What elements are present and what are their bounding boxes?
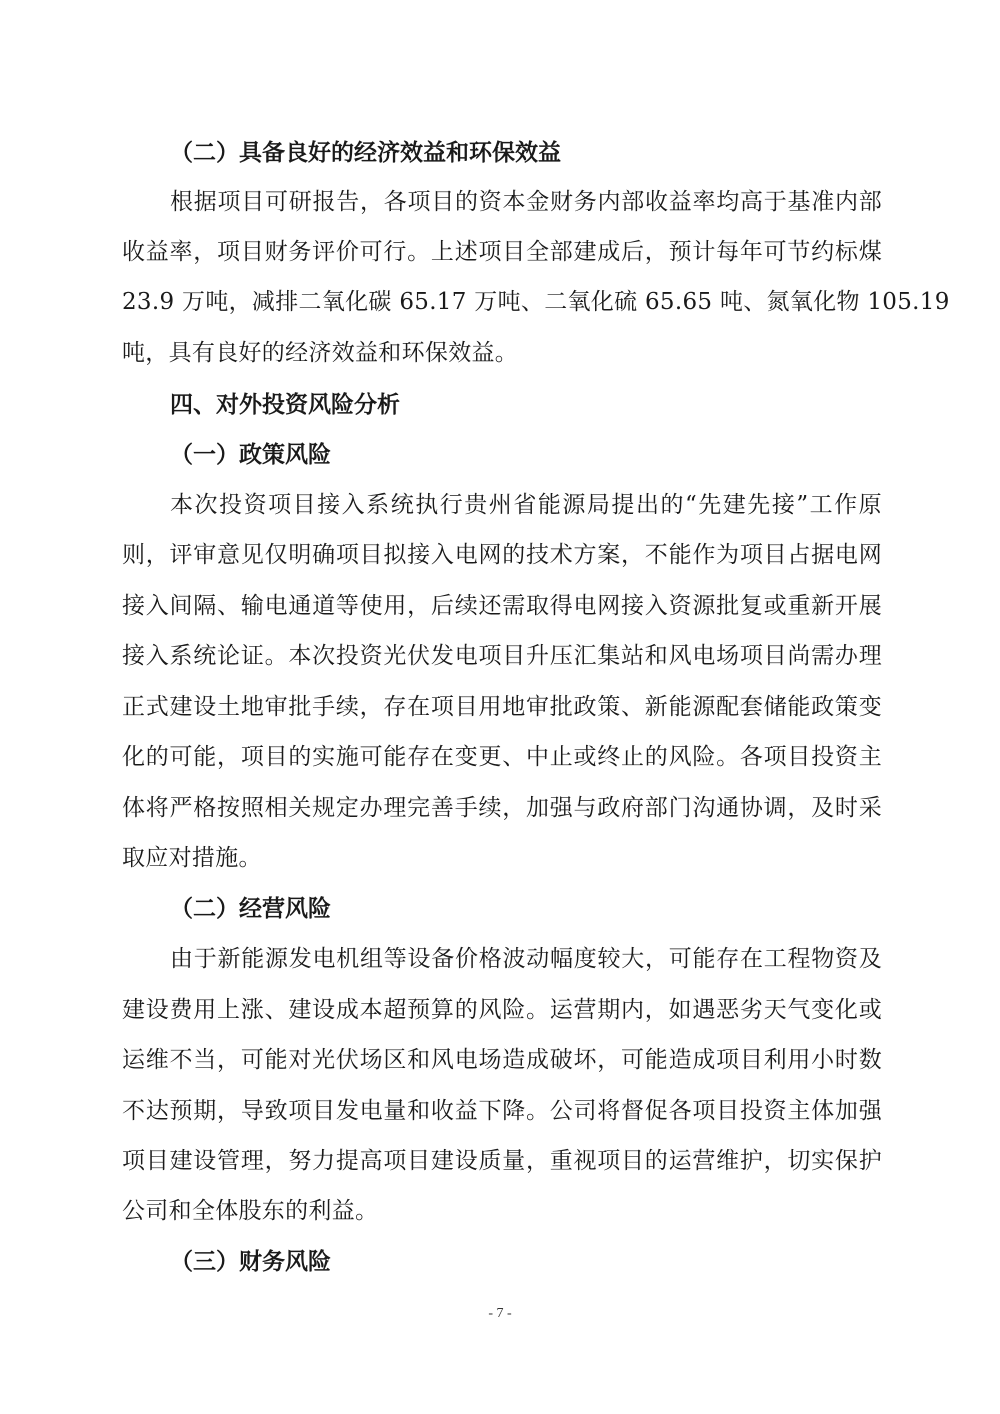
paragraph-line: 不达预期，导致项目发电量和收益下降。公司将督促各项目投资主体加强 — [122, 1096, 882, 1126]
paragraph-line: 项目建设管理，努力提高项目建设质量，重视项目的运营维护，切实保护 — [122, 1146, 882, 1176]
section-heading-risk-analysis: 四、对外投资风险分析 — [170, 390, 400, 420]
paragraph-line: 化的可能，项目的实施可能存在变更、中止或终止的风险。各项目投资主 — [122, 742, 882, 772]
paragraph-line: 运维不当，可能对光伏场区和风电场造成破坏，可能造成项目利用小时数 — [122, 1045, 882, 1075]
paragraph-line: 正式建设土地审批手续，存在项目用地审批政策、新能源配套储能政策变 — [122, 692, 882, 722]
paragraph-line: 吨，具有良好的经济效益和环保效益。 — [122, 338, 882, 368]
section-heading-operating-risk: （二）经营风险 — [170, 894, 331, 924]
paragraph-line: 取应对措施。 — [122, 843, 882, 873]
section-heading-economic-benefits: （二）具备良好的经济效益和环保效益 — [170, 138, 561, 168]
paragraph-line: 本次投资项目接入系统执行贵州省能源局提出的“先建先接”工作原 — [170, 490, 882, 520]
section-heading-financial-risk: （三）财务风险 — [170, 1247, 331, 1277]
paragraph-line: 接入系统论证。本次投资光伏发电项目升压汇集站和风电场项目尚需办理 — [122, 641, 882, 671]
paragraph-line: 由于新能源发电机组等设备价格波动幅度较大，可能存在工程物资及 — [170, 944, 882, 974]
paragraph-line: 建设费用上涨、建设成本超预算的风险。运营期内，如遇恶劣天气变化或 — [122, 995, 882, 1025]
paragraph-line: 公司和全体股东的利益。 — [122, 1196, 882, 1226]
paragraph-line: 接入间隔、输电通道等使用，后续还需取得电网接入资源批复或重新开展 — [122, 591, 882, 621]
page-number: - 7 - — [0, 1306, 1000, 1322]
paragraph-line: 体将严格按照相关规定办理完善手续，加强与政府部门沟通协调，及时采 — [122, 793, 882, 823]
paragraph-line: 根据项目可研报告，各项目的资本金财务内部收益率均高于基准内部 — [170, 187, 882, 217]
paragraph-line: 23.9 万吨，减排二氧化碳 65.17 万吨、二氧化硫 65.65 吨、氮氧化… — [122, 287, 882, 317]
paragraph-line: 收益率，项目财务评价可行。上述项目全部建成后，预计每年可节约标煤 — [122, 237, 882, 267]
section-heading-policy-risk: （一）政策风险 — [170, 440, 331, 470]
paragraph-line: 则，评审意见仅明确项目拟接入电网的技术方案，不能作为项目占据电网 — [122, 540, 882, 570]
